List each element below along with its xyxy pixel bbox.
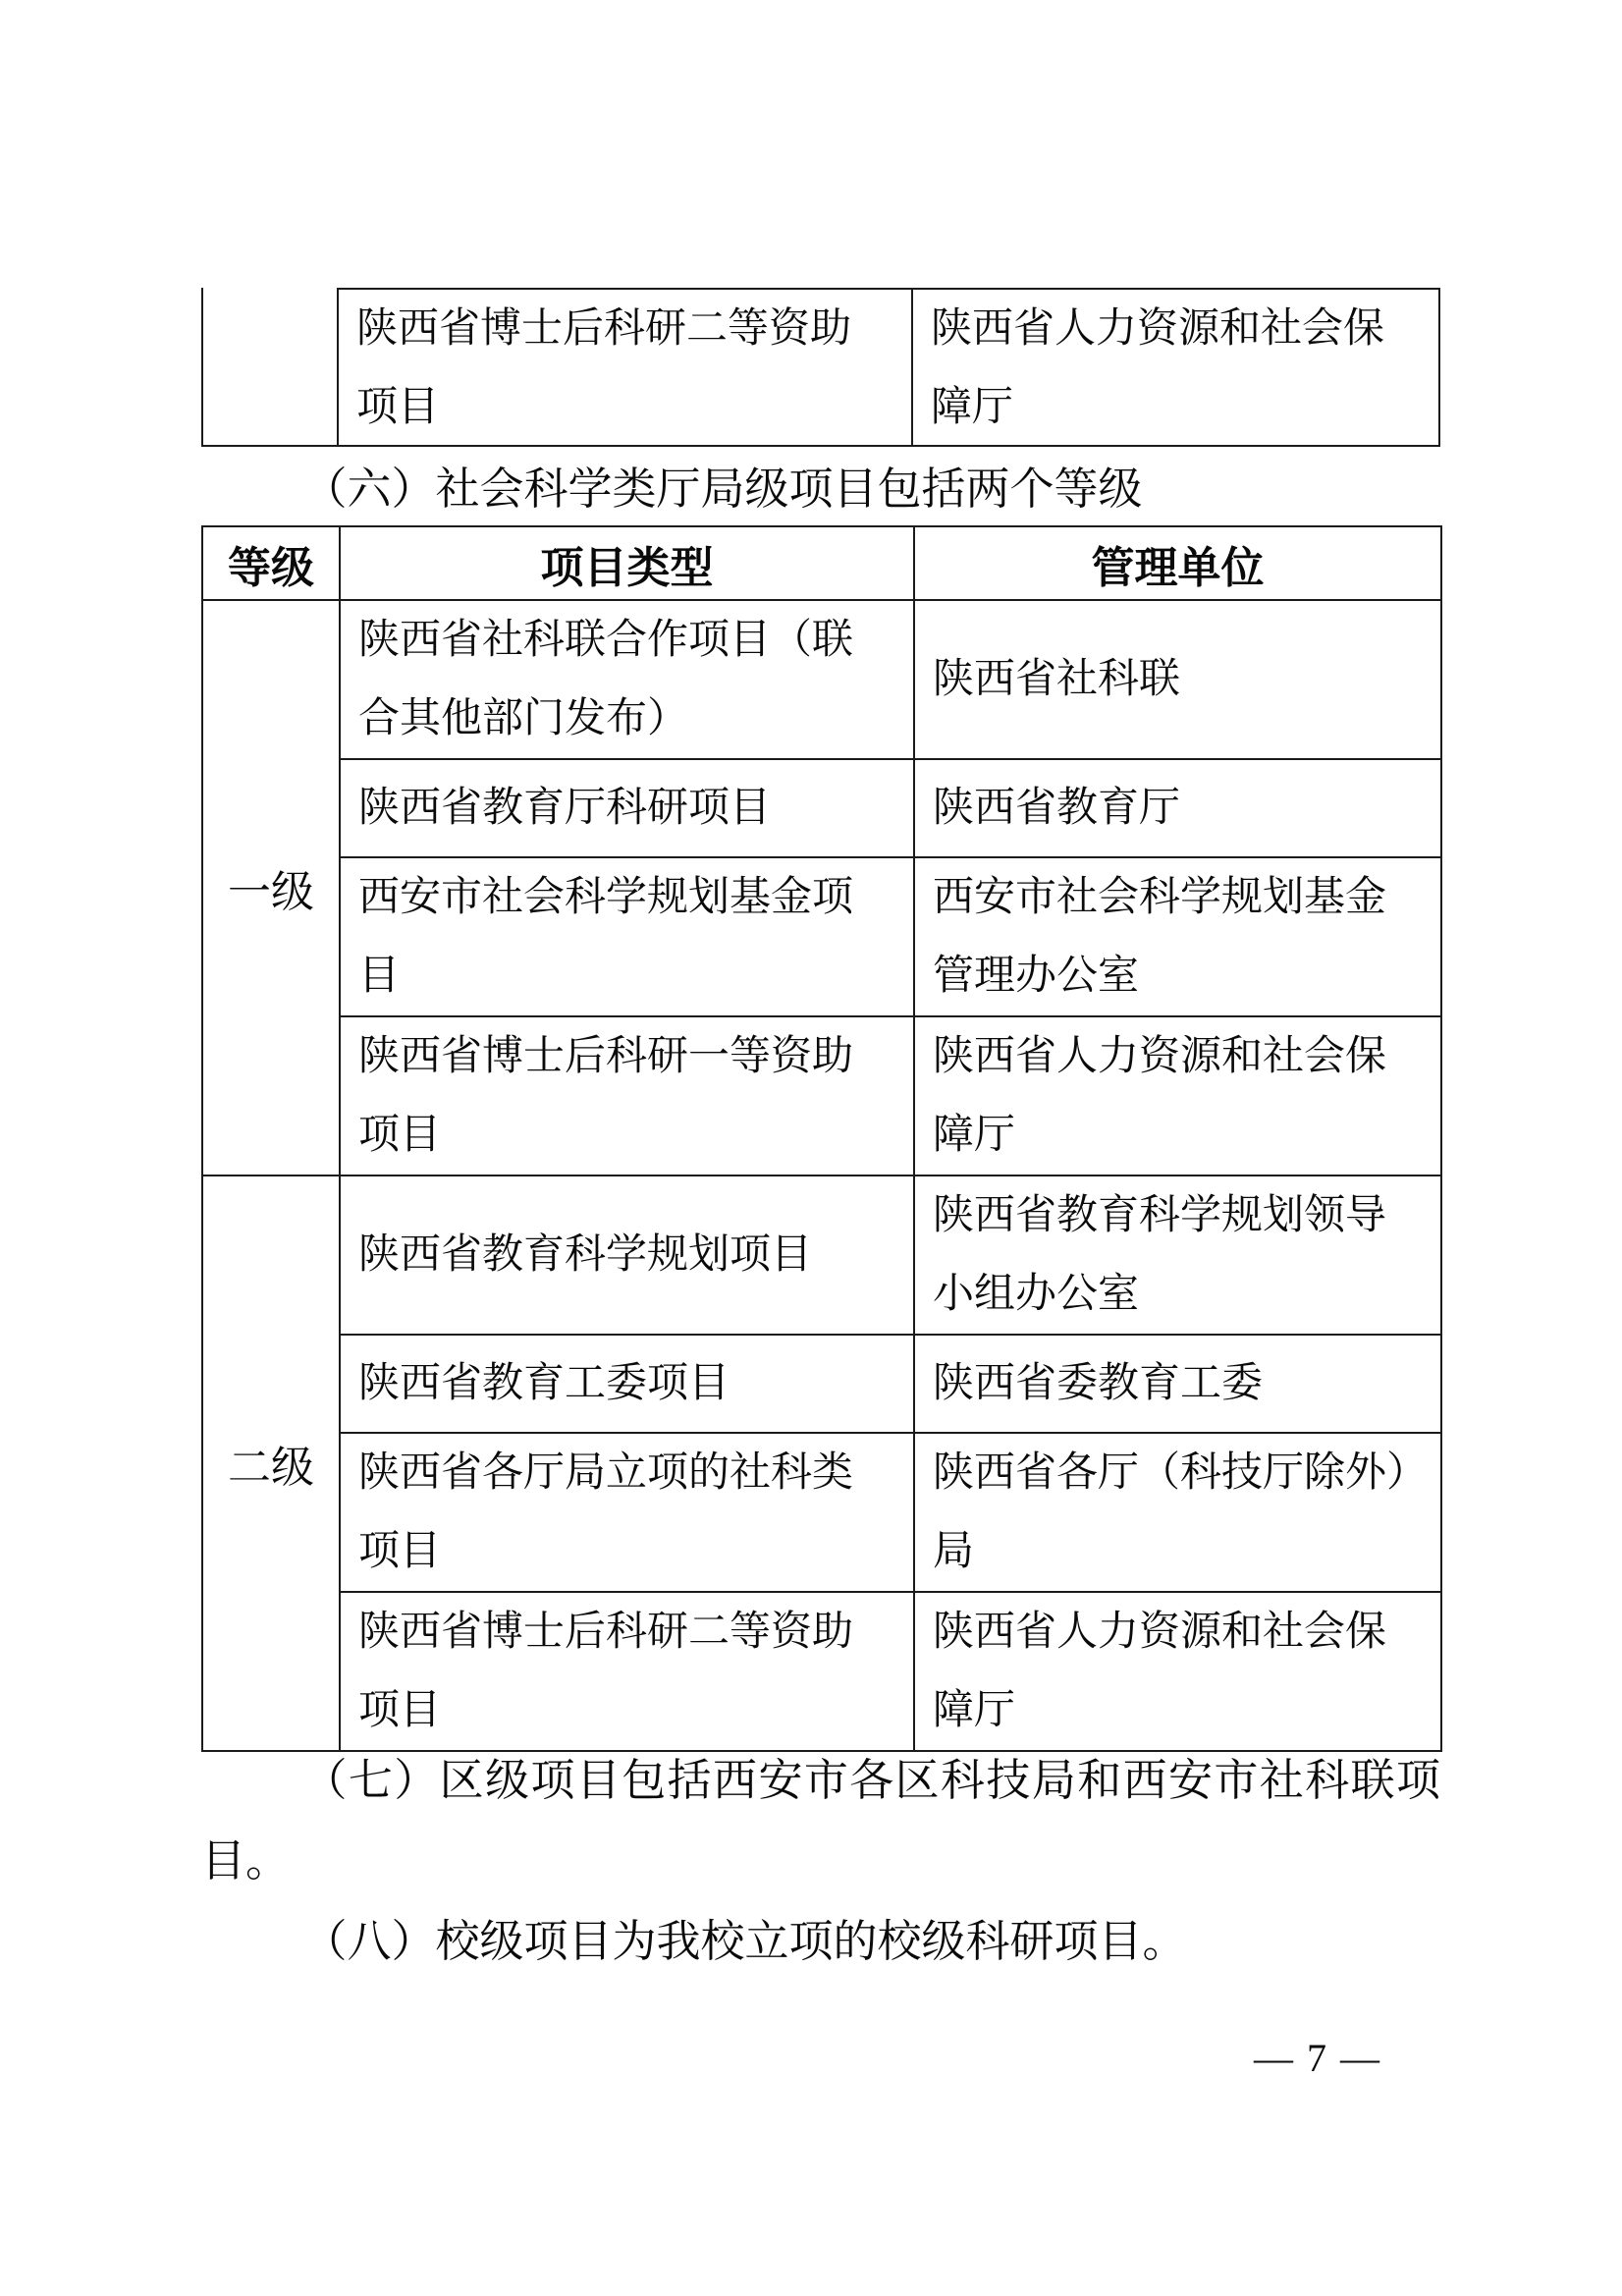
managing-unit-cell: 陕西省各厅（科技厅除外） 局	[914, 1433, 1441, 1592]
project-type-cell: 陕西省博士后科研二等资助 项目	[340, 1592, 914, 1751]
project-type-cell: 陕西省各厅局立项的社科类 项目	[340, 1433, 914, 1592]
table-row: 二级 陕西省教育科学规划项目 陕西省教育科学规划领导 小组办公室	[202, 1175, 1441, 1335]
page-number: — 7 —	[1254, 2035, 1381, 2081]
managing-unit-cell: 陕西省社科联	[914, 600, 1441, 759]
table-row: 陕西省教育厅科研项目 陕西省教育厅	[202, 759, 1441, 857]
project-type-cell: 陕西省教育工委项目	[340, 1335, 914, 1433]
level-cell-grade1: 一级	[202, 600, 340, 1175]
fragment-table: 陕西省博士后科研二等资助 项目 陕西省人力资源和社会保 障厅	[201, 288, 1440, 447]
fragment-managing-unit-cell: 陕西省人力资源和社会保 障厅	[913, 288, 1440, 445]
managing-unit-cell: 陕西省教育厅	[914, 759, 1441, 857]
section-heading-six: （六）社会科学类厅局级项目包括两个等级	[201, 458, 1440, 520]
project-type-cell: 陕西省教育科学规划项目	[340, 1175, 914, 1335]
paragraph-eight: （八）校级项目为我校立项的校级科研项目。	[201, 1901, 1440, 1982]
fragment-level-cell	[201, 288, 339, 445]
document-page: 陕西省博士后科研二等资助 项目 陕西省人力资源和社会保 障厅 （六）社会科学类厅…	[0, 0, 1622, 2296]
fragment-project-type-cell: 陕西省博士后科研二等资助 项目	[339, 288, 913, 445]
paragraph-seven-line2: 目。	[201, 1821, 1440, 1901]
header-level: 等级	[202, 526, 340, 600]
project-type-cell: 陕西省博士后科研一等资助 项目	[340, 1016, 914, 1175]
table-row: 陕西省教育工委项目 陕西省委教育工委	[202, 1335, 1441, 1433]
managing-unit-cell: 陕西省教育科学规划领导 小组办公室	[914, 1175, 1441, 1335]
table-row: 西安市社会科学规划基金项 目 西安市社会科学规划基金 管理办公室	[202, 857, 1441, 1016]
table-row: 陕西省博士后科研二等资助 项目 陕西省人力资源和社会保 障厅	[202, 1592, 1441, 1751]
project-type-cell: 陕西省教育厅科研项目	[340, 759, 914, 857]
project-type-cell: 西安市社会科学规划基金项 目	[340, 857, 914, 1016]
managing-unit-cell: 陕西省人力资源和社会保 障厅	[914, 1016, 1441, 1175]
project-type-cell: 陕西省社科联合作项目（联 合其他部门发布）	[340, 600, 914, 759]
table-row: 陕西省博士后科研一等资助 项目 陕西省人力资源和社会保 障厅	[202, 1016, 1441, 1175]
table-row: 一级 陕西省社科联合作项目（联 合其他部门发布） 陕西省社科联	[202, 600, 1441, 759]
paragraph-seven-line1: （七）区级项目包括西安市各区科技局和西安市社科联项	[201, 1740, 1440, 1821]
managing-unit-cell: 陕西省委教育工委	[914, 1335, 1441, 1433]
table-header-row: 等级 项目类型 管理单位	[202, 526, 1441, 600]
managing-unit-cell: 西安市社会科学规划基金 管理办公室	[914, 857, 1441, 1016]
header-project-type: 项目类型	[340, 526, 914, 600]
header-managing-unit: 管理单位	[914, 526, 1441, 600]
body-paragraphs: （七）区级项目包括西安市各区科技局和西安市社科联项 目。 （八）校级项目为我校立…	[201, 1740, 1440, 1982]
level-cell-grade2: 二级	[202, 1175, 340, 1751]
table-row: 陕西省各厅局立项的社科类 项目 陕西省各厅（科技厅除外） 局	[202, 1433, 1441, 1592]
main-table: 等级 项目类型 管理单位 一级 陕西省社科联合作项目（联 合其他部门发布） 陕西…	[201, 525, 1442, 1752]
managing-unit-cell: 陕西省人力资源和社会保 障厅	[914, 1592, 1441, 1751]
